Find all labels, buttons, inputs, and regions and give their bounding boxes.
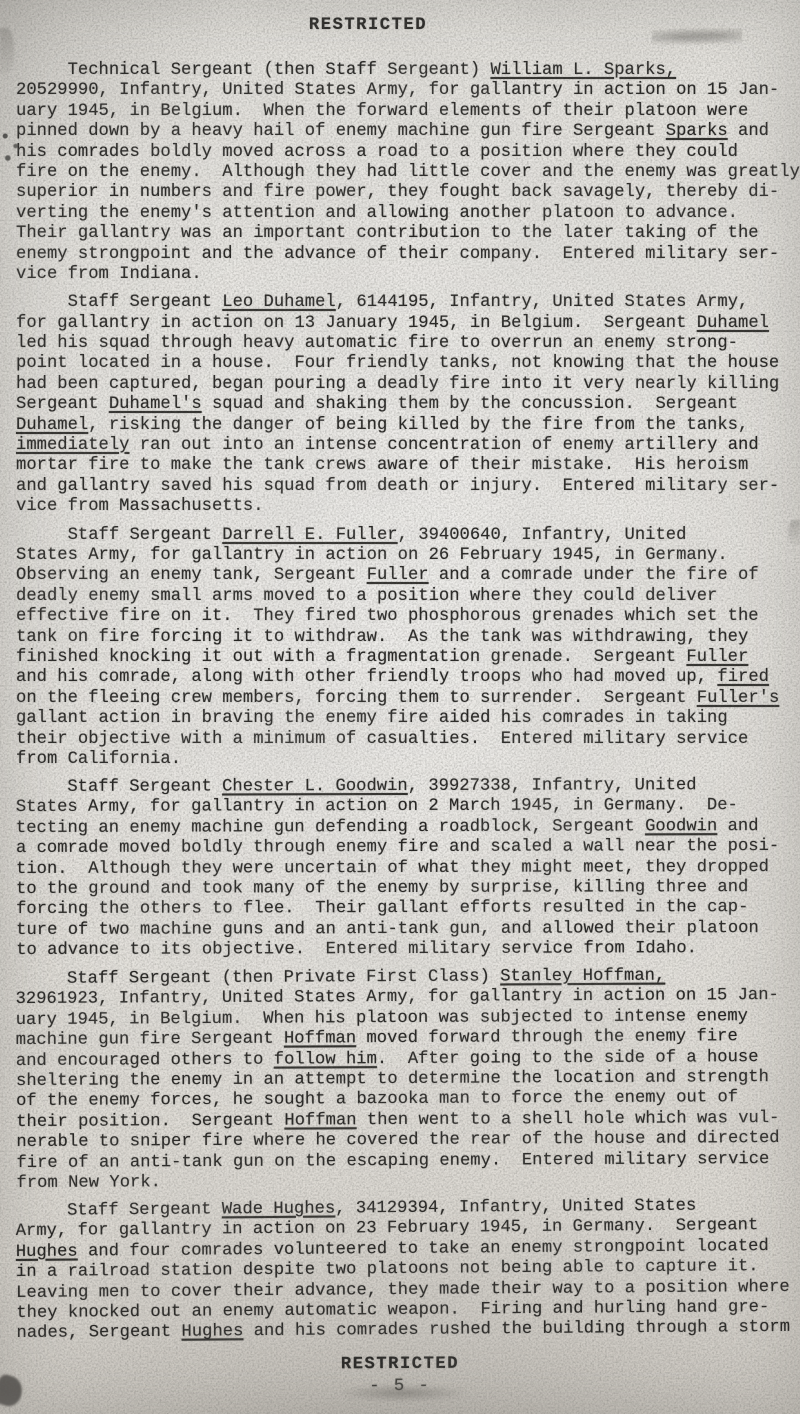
underlined-text: Goodwin [645, 817, 717, 836]
text-segment: fire of an anti-tank gun on the escaping… [16, 1149, 769, 1172]
text-segment: led his squad through heavy automatic fi… [16, 334, 738, 353]
text-segment: of the enemy forces, he sought a bazooka… [16, 1088, 738, 1111]
text-line: gallant action in braving the enemy fire… [16, 709, 800, 729]
text-line: to the ground and took many of the enemy… [16, 878, 800, 900]
text-segment: point located in a house. Four friendly … [16, 354, 779, 373]
text-segment: 32961923, Infantry, United States Army, … [16, 986, 779, 1009]
page-header: RESTRICTED [0, 0, 768, 35]
text-line: mortar fire to make the tank crews aware… [16, 456, 800, 476]
text-segment: and [717, 817, 758, 836]
text-segment: Their gallantry was an important contrib… [16, 224, 759, 243]
text-segment: finished knocking it out with a fragment… [16, 648, 686, 667]
text-line: tecting an enemy machine gun defending a… [16, 817, 800, 839]
text-segment: Staff Sergeant [67, 778, 222, 797]
text-segment: nades, Sergeant [16, 1323, 181, 1343]
text-segment: to advance to its objective. Entered mil… [16, 940, 697, 961]
text-segment: ture of two machine guns and an anti-tan… [16, 919, 759, 940]
text-segment: from New York. [16, 1173, 161, 1193]
underlined-text: Chester L. Goodwin [222, 777, 408, 796]
text-line: and gallantry saved his squad from death… [16, 477, 800, 497]
text-segment: gallant action in braving the enemy fire… [16, 709, 728, 728]
text-segment: from California. [16, 750, 181, 769]
paragraph: Staff Sergeant Leo Duhamel, 6144195, Inf… [16, 293, 800, 517]
text-segment: Sergeant [16, 395, 109, 414]
text-segment: . After going to the side of a house [377, 1047, 759, 1068]
text-segment: Staff Sergeant (then Private First Class… [67, 967, 500, 988]
text-segment: , 6144195, Infantry, United States Army, [336, 293, 749, 312]
text-segment: enemy strongpoint and the advance of the… [16, 245, 779, 264]
classification-header: RESTRICTED [309, 16, 427, 35]
underlined-text: Stanley Hoffman, [500, 966, 665, 986]
text-segment: squad and shaking them by the concussion… [202, 395, 738, 414]
text-line: finished knocking it out with a fragment… [16, 648, 800, 668]
classification-footer: RESTRICTED [0, 1353, 800, 1376]
text-line: fire of an anti-tank gun on the escaping… [16, 1149, 800, 1173]
text-line: Technical Sergeant (then Staff Sergeant)… [16, 61, 800, 81]
text-segment: verting the enemy's attention and allowi… [16, 204, 738, 223]
page-footer: RESTRICTED - 5 - [0, 1353, 800, 1398]
text-segment: vice from Massachusetts. [16, 497, 264, 516]
underlined-text: Duhamel's [109, 395, 202, 414]
text-line: Sergeant Duhamel's squad and shaking the… [16, 395, 800, 415]
text-line: a comrade moved boldly through enemy fir… [16, 837, 800, 859]
text-line: nades, Sergeant Hughes and his comrades … [16, 1318, 800, 1345]
underlined-text: Hoffman [284, 1029, 356, 1048]
text-line: immediately ran out into an intense conc… [16, 436, 800, 456]
text-segment: and encouraged others to [16, 1050, 274, 1070]
text-line: on the fleeing crew members, forcing the… [16, 689, 800, 709]
text-segment: their objective with a minimum of casual… [16, 730, 748, 749]
text-line: tank on fire forcing it to withdraw. As … [16, 628, 800, 648]
document-page: RESTRICTED Technical Sergeant (then Staf… [0, 0, 800, 1414]
text-line: to advance to its objective. Entered mil… [16, 939, 800, 961]
text-line: pinned down by a heavy hail of enemy mac… [16, 122, 800, 142]
document-body: Technical Sergeant (then Staff Sergeant)… [0, 61, 800, 1345]
underlined-text: immediately [16, 436, 129, 455]
text-line: Staff Sergeant Darrell E. Fuller, 394006… [16, 526, 800, 546]
text-segment: uary 1945, in Belgium. When the forward … [16, 102, 748, 121]
paragraph: Staff Sergeant (then Private First Class… [15, 966, 800, 1194]
text-line: superior in numbers and fire power, they… [16, 183, 800, 203]
underlined-text: Hughes [16, 1242, 78, 1261]
text-line: tion. Although they were uncertain of wh… [16, 858, 800, 880]
text-line: Staff Sergeant Leo Duhamel, 6144195, Inf… [16, 293, 800, 313]
text-segment: , 39927338, Infantry, United [408, 776, 697, 796]
text-segment: moved forward through the enemy fire [356, 1027, 738, 1048]
text-segment: , 34129394, Infantry, United States [335, 1197, 696, 1219]
text-segment: Staff Sergeant [67, 1200, 222, 1220]
text-segment: States Army, for gallantry in action on … [16, 546, 728, 565]
paragraph: Staff Sergeant Darrell E. Fuller, 394006… [16, 526, 800, 771]
text-segment: and gallantry saved his squad from death… [16, 477, 779, 496]
text-line: verting the enemy's attention and allowi… [16, 204, 800, 224]
text-line: effective fire on it. They fired two pho… [16, 607, 800, 627]
text-segment: superior in numbers and fire power, they… [16, 183, 779, 202]
underlined-text: William L. Sparks, [490, 61, 676, 80]
text-segment: ran out into an intense concentration of… [129, 436, 758, 455]
text-segment: deadly enemy small arms moved to a posit… [16, 587, 717, 606]
text-segment: Staff Sergeant [68, 293, 223, 312]
underlined-text: Wade Hughes [222, 1200, 336, 1220]
text-segment: pinned down by a heavy hail of enemy mac… [16, 122, 666, 141]
text-line: led his squad through heavy automatic fi… [16, 334, 800, 354]
text-segment: uary 1945, in Belgium. When his platoon … [16, 1007, 748, 1030]
text-segment: their position. Sergeant [16, 1111, 284, 1131]
text-line: his comrades boldly moved across a road … [16, 143, 800, 163]
text-segment: Technical Sergeant (then Staff Sergeant) [68, 61, 491, 80]
underlined-text: Duhamel [697, 314, 769, 333]
text-line: from New York. [16, 1170, 800, 1194]
text-line: from California. [16, 750, 800, 770]
underlined-text: Hughes [181, 1323, 243, 1342]
text-segment: Observing an enemy tank, Sergeant [16, 566, 367, 585]
text-segment: tecting an enemy machine gun defending a… [16, 817, 645, 838]
underlined-text: fired [717, 668, 769, 687]
text-line: vice from Massachusetts. [16, 497, 800, 517]
text-line: 20529990, Infantry, United States Army, … [16, 81, 800, 101]
text-segment: then went to a shell hole which was vul- [357, 1109, 780, 1130]
paragraph: Staff Sergeant Wade Hughes, 34129394, In… [15, 1196, 800, 1345]
text-line: States Army, for gallantry in action on … [16, 797, 800, 819]
text-segment: for gallantry in action on 13 January 19… [16, 314, 697, 333]
text-segment: and his comrades rushed the building thr… [243, 1318, 790, 1341]
text-segment: , risking the danger of being killed by … [88, 416, 748, 435]
page-number: - 5 - [0, 1375, 800, 1398]
text-line: point located in a house. Four friendly … [16, 354, 800, 374]
text-line: uary 1945, in Belgium. When the forward … [16, 102, 800, 122]
text-line: Their gallantry was an important contrib… [16, 224, 800, 244]
text-line: enemy strongpoint and the advance of the… [16, 245, 800, 265]
text-line: had been captured, began pouring a deadl… [16, 375, 800, 395]
underlined-text: Sparks [666, 122, 728, 141]
text-segment: tion. Although they were uncertain of wh… [16, 858, 769, 879]
text-line: and his comrade, along with other friend… [16, 668, 800, 688]
underlined-text: Darrell E. Fuller [222, 526, 397, 545]
text-segment: to the ground and took many of the enemy… [16, 878, 748, 899]
text-segment: vice from Indiana. [16, 265, 202, 284]
text-line: fire on the enemy. Although they had lit… [16, 163, 800, 183]
text-segment: fire on the enemy. Although they had lit… [16, 163, 800, 182]
text-segment: tank on fire forcing it to withdraw. As … [16, 628, 748, 647]
text-line: their objective with a minimum of casual… [16, 730, 800, 750]
underlined-text: Fuller [686, 648, 748, 667]
underlined-text: Leo Duhamel [222, 293, 335, 312]
underlined-text: follow him [274, 1049, 377, 1069]
paragraph: Technical Sergeant (then Staff Sergeant)… [16, 61, 800, 285]
text-segment: Staff Sergeant [68, 526, 223, 545]
paragraph: Staff Sergeant Chester L. Goodwin, 39927… [16, 776, 800, 962]
text-segment: 20529990, Infantry, United States Army, … [16, 81, 779, 100]
text-segment: mortar fire to make the tank crews aware… [16, 456, 748, 475]
text-segment: on the fleeing crew members, forcing the… [16, 689, 697, 708]
text-segment: machine gun fire Sergeant [16, 1030, 284, 1050]
underlined-text: Fuller [367, 566, 429, 585]
underlined-text: Duhamel [16, 416, 88, 435]
text-line: for gallantry in action on 13 January 19… [16, 314, 800, 334]
text-segment: and [728, 122, 769, 141]
text-segment: , 39400640, Infantry, United [398, 526, 687, 545]
text-segment: had been captured, began pouring a deadl… [16, 375, 779, 394]
text-segment: forcing the others to flee. Their gallan… [16, 899, 748, 920]
text-line: ture of two machine guns and an anti-tan… [16, 919, 800, 941]
text-line: vice from Indiana. [16, 265, 800, 285]
text-segment: a comrade moved boldly through enemy fir… [16, 837, 779, 858]
text-segment: and his comrade, along with other friend… [16, 668, 717, 687]
text-segment: States Army, for gallantry in action on … [16, 797, 738, 818]
text-line: deadly enemy small arms moved to a posit… [16, 587, 800, 607]
text-line: Observing an enemy tank, Sergeant Fuller… [16, 566, 800, 586]
underlined-text: Fuller's [697, 689, 780, 708]
text-line: Duhamel, risking the danger of being kil… [16, 416, 800, 436]
text-line: forcing the others to flee. Their gallan… [16, 899, 800, 921]
text-segment: sheltering the enemy in an attempt to de… [16, 1068, 769, 1091]
text-segment: effective fire on it. They fired two pho… [16, 607, 759, 626]
text-line: States Army, for gallantry in action on … [16, 546, 800, 566]
underlined-text: Hoffman [284, 1111, 356, 1130]
text-segment: nerable to sniper fire where he covered … [16, 1129, 779, 1152]
text-segment: his comrades boldly moved across a road … [16, 143, 738, 162]
text-segment: and a comrade under the fire of [429, 566, 759, 585]
